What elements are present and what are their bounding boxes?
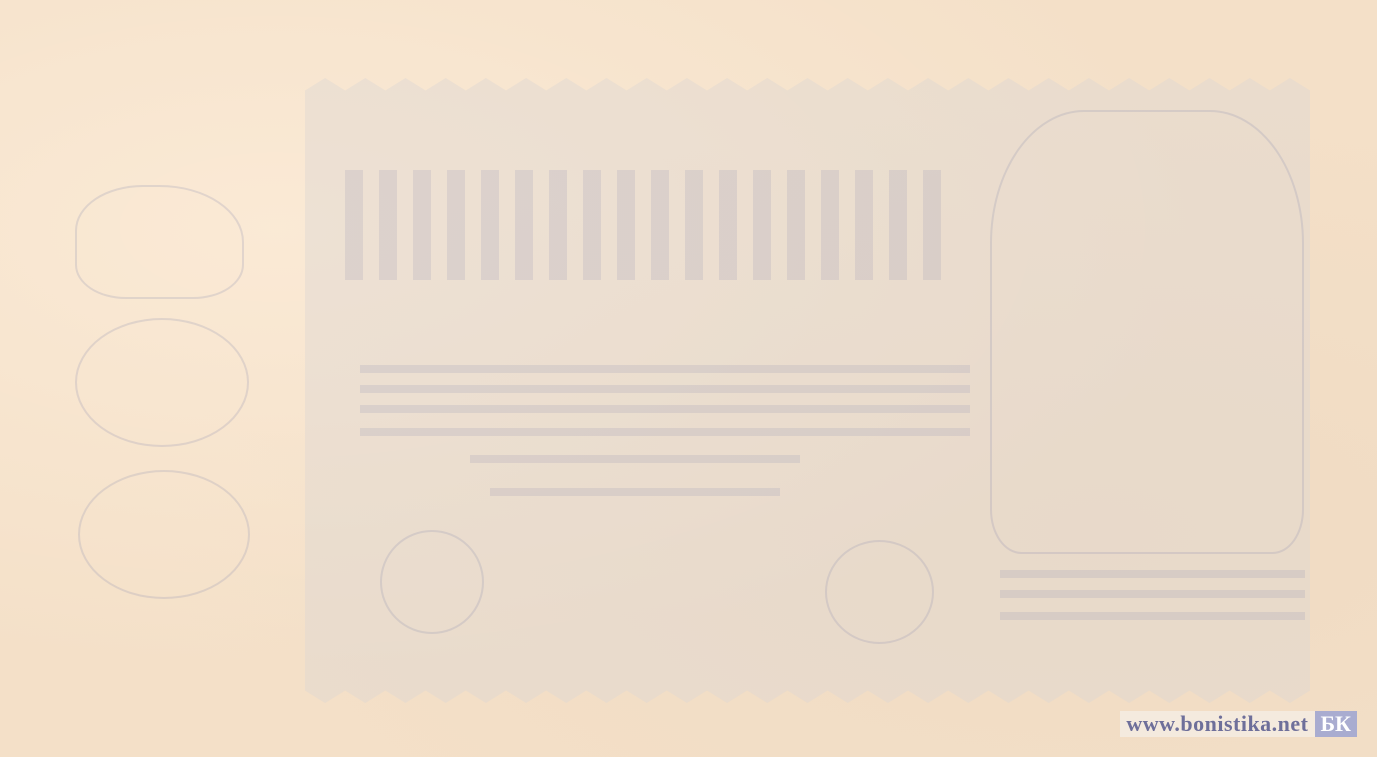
mirrored-text-line xyxy=(360,428,970,436)
mirrored-numeral-zero xyxy=(75,318,249,447)
mirrored-seal xyxy=(380,530,484,634)
mirrored-text-line xyxy=(360,405,970,413)
mirrored-text-line xyxy=(490,488,780,496)
site-watermark: www.bonistika.net БК xyxy=(1120,711,1357,737)
mirrored-text-line xyxy=(1000,612,1305,620)
mirrored-text-line xyxy=(1000,570,1305,578)
mirrored-numeral-zero xyxy=(78,470,250,599)
mirrored-title-text xyxy=(345,170,945,280)
mirrored-text-line xyxy=(470,455,800,463)
mirrored-text-line xyxy=(360,385,970,393)
watermark-url: www.bonistika.net xyxy=(1126,711,1308,737)
mirrored-text-line xyxy=(1000,590,1305,598)
mirrored-seal xyxy=(825,540,934,644)
watermark-logo: БК xyxy=(1315,711,1358,737)
mirrored-text-line xyxy=(360,365,970,373)
mirrored-numeral-five xyxy=(75,185,244,299)
mirrored-figure-vignette xyxy=(990,110,1304,554)
